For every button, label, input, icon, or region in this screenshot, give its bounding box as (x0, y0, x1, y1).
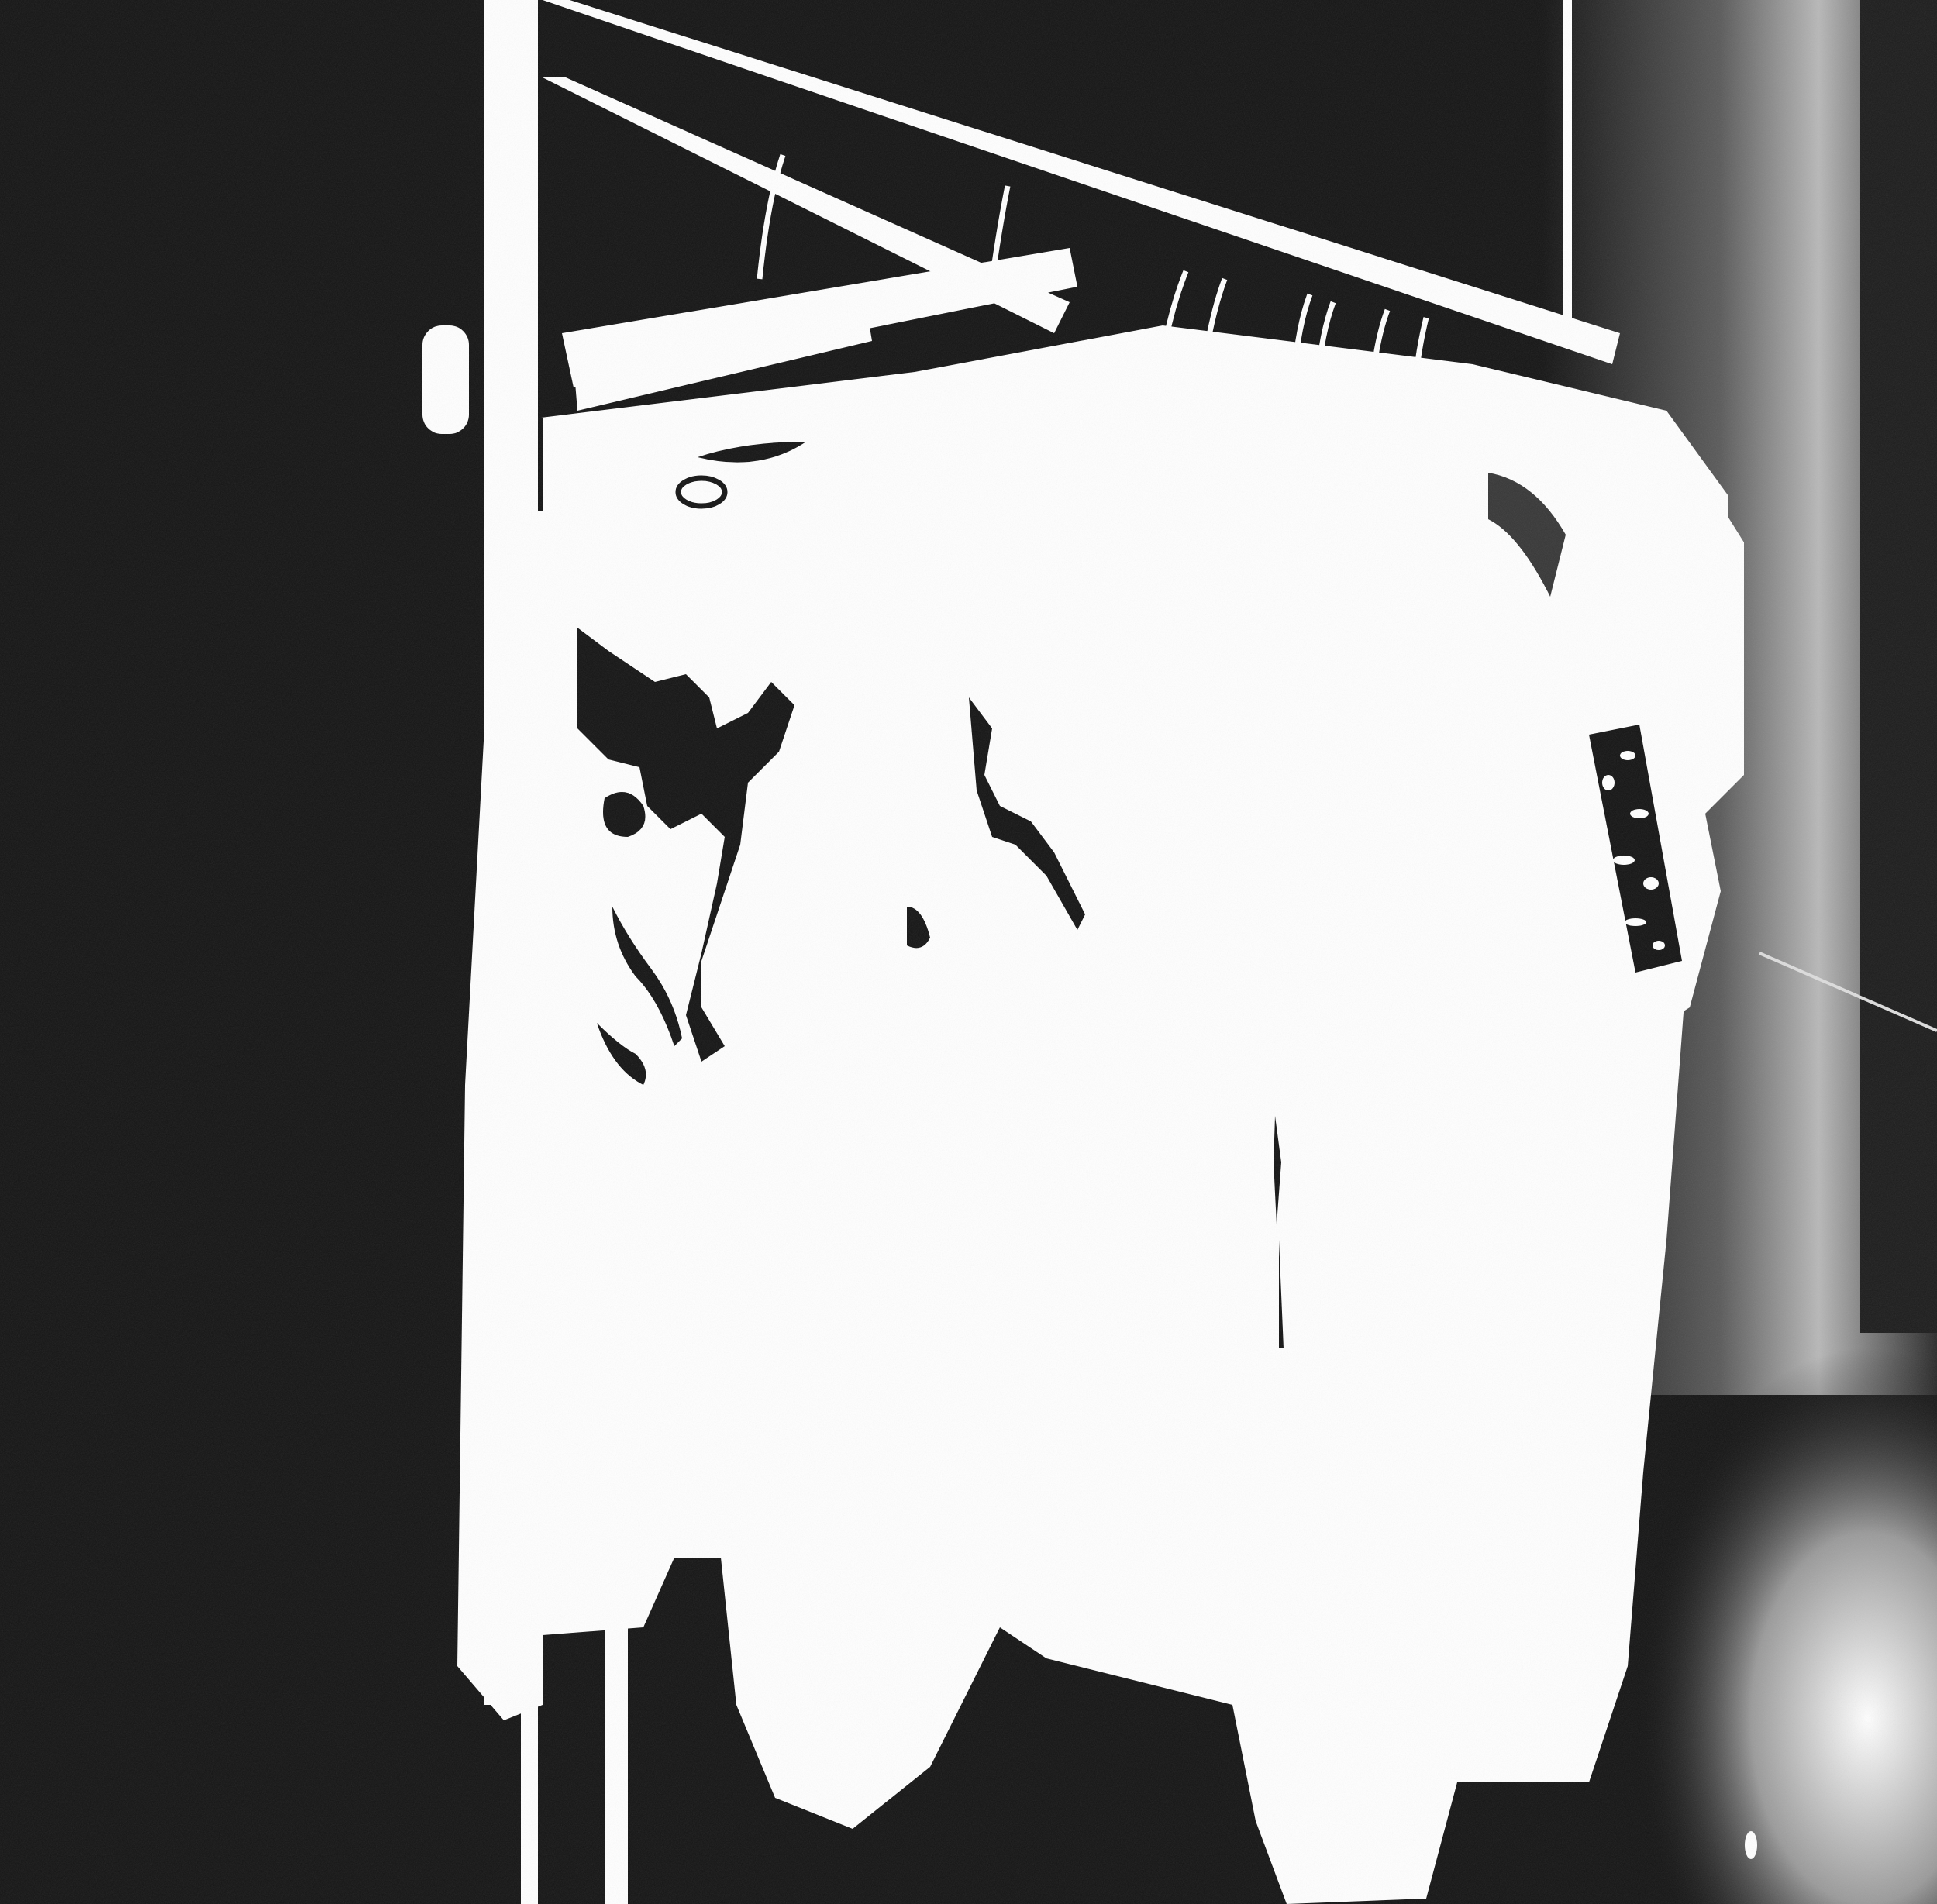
photo-scene (0, 0, 1937, 1904)
film-grain (0, 0, 1937, 1904)
